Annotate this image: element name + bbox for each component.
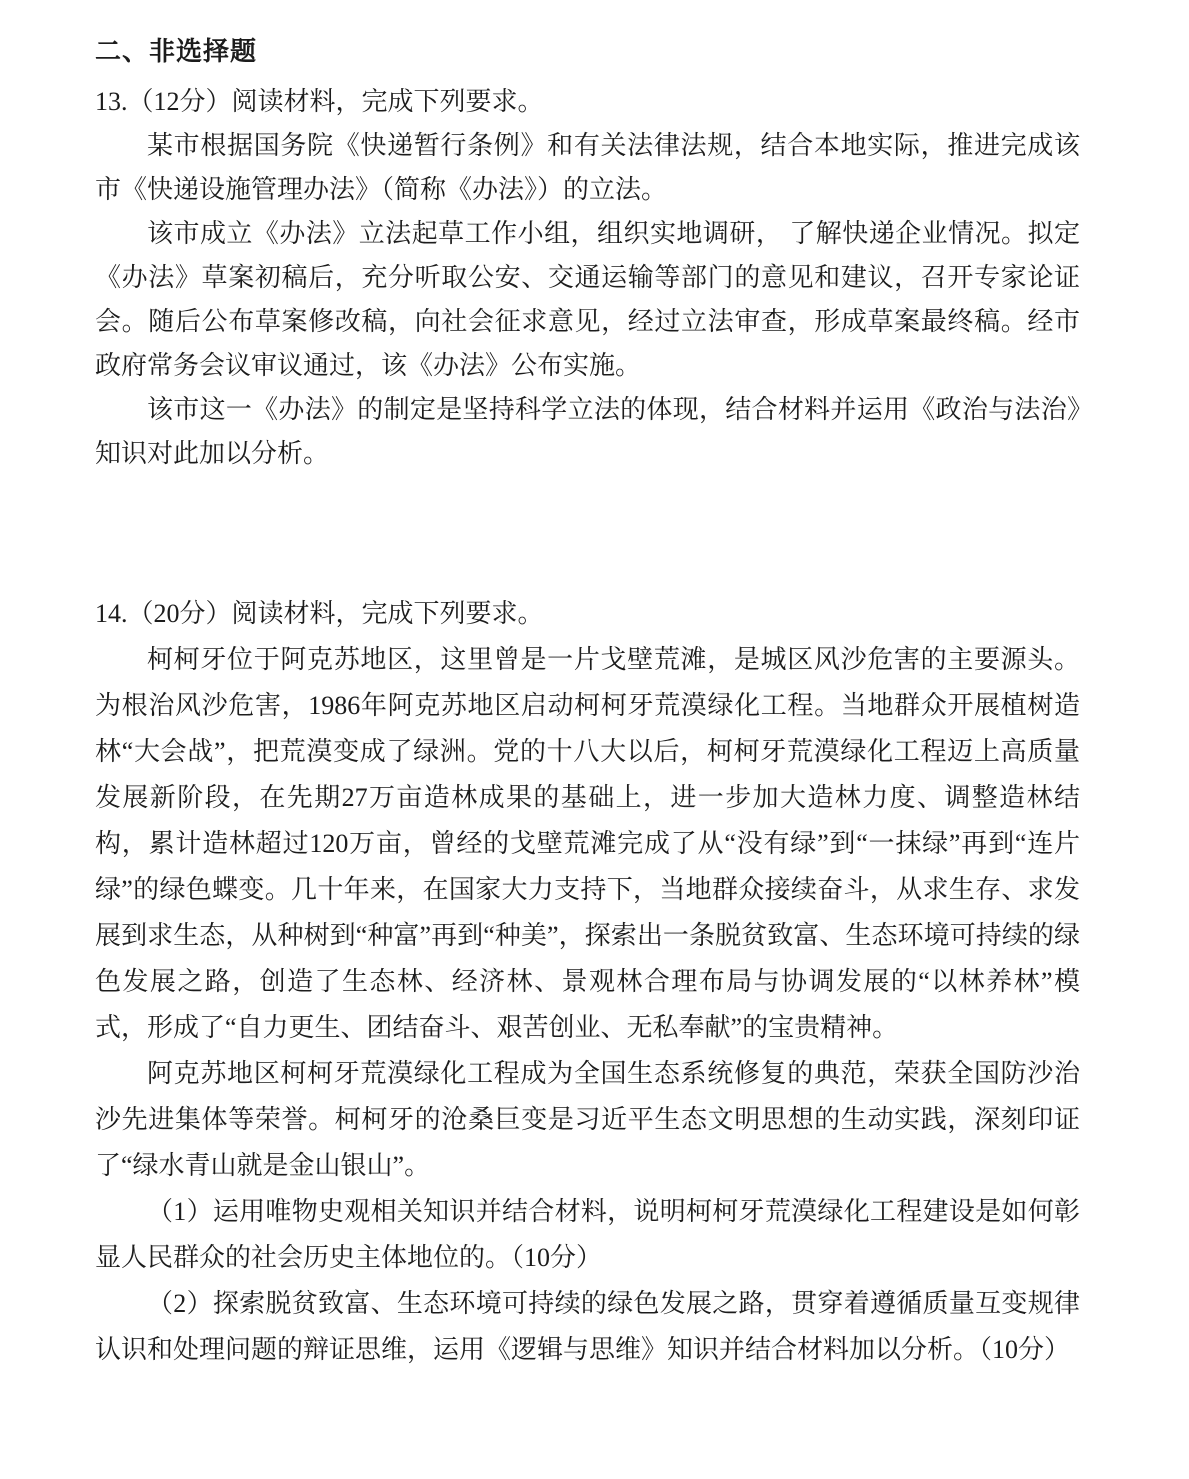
question-13-header: 13.（12分）阅读材料，完成下列要求。 bbox=[95, 80, 1080, 124]
question-13-material-paragraph-1: 某市根据国务院《快递暂行条例》和有关法律法规，结合本地实际，推进完成该市《快递设… bbox=[95, 124, 1080, 212]
section-heading: 二、非选择题 bbox=[95, 30, 1080, 74]
question-14: 14.（20分）阅读材料，完成下列要求。 柯柯牙位于阿克苏地区，这里曾是一片戈壁… bbox=[95, 591, 1080, 1373]
question-13: 13.（12分）阅读材料，完成下列要求。 某市根据国务院《快递暂行条例》和有关法… bbox=[95, 80, 1080, 476]
question-14-subquestion-1: （1）运用唯物史观相关知识并结合材料，说明柯柯牙荒漠绿化工程建设是如何彰显人民群… bbox=[95, 1189, 1080, 1281]
question-14-subquestion-2: （2）探索脱贫致富、生态环境可持续的绿色发展之路，贯穿着遵循质量互变规律认识和处… bbox=[95, 1281, 1080, 1373]
question-13-task-paragraph: 该市这一《办法》的制定是坚持科学立法的体现，结合材料并运用《政治与法治》知识对此… bbox=[95, 388, 1080, 476]
question-13-material-paragraph-2: 该市成立《办法》立法起草工作小组，组织实地调研， 了解快递企业情况。拟定《办法》… bbox=[95, 212, 1080, 388]
exam-page: 二、非选择题 13.（12分）阅读材料，完成下列要求。 某市根据国务院《快递暂行… bbox=[0, 0, 1189, 1479]
question-14-material-paragraph-1: 柯柯牙位于阿克苏地区，这里曾是一片戈壁荒滩，是城区风沙危害的主要源头。为根治风沙… bbox=[95, 637, 1080, 1051]
question-14-material-paragraph-2: 阿克苏地区柯柯牙荒漠绿化工程成为全国生态系统修复的典范，荣获全国防沙治沙先进集体… bbox=[95, 1051, 1080, 1189]
question-14-header: 14.（20分）阅读材料，完成下列要求。 bbox=[95, 591, 1080, 637]
answer-space bbox=[95, 476, 1080, 591]
